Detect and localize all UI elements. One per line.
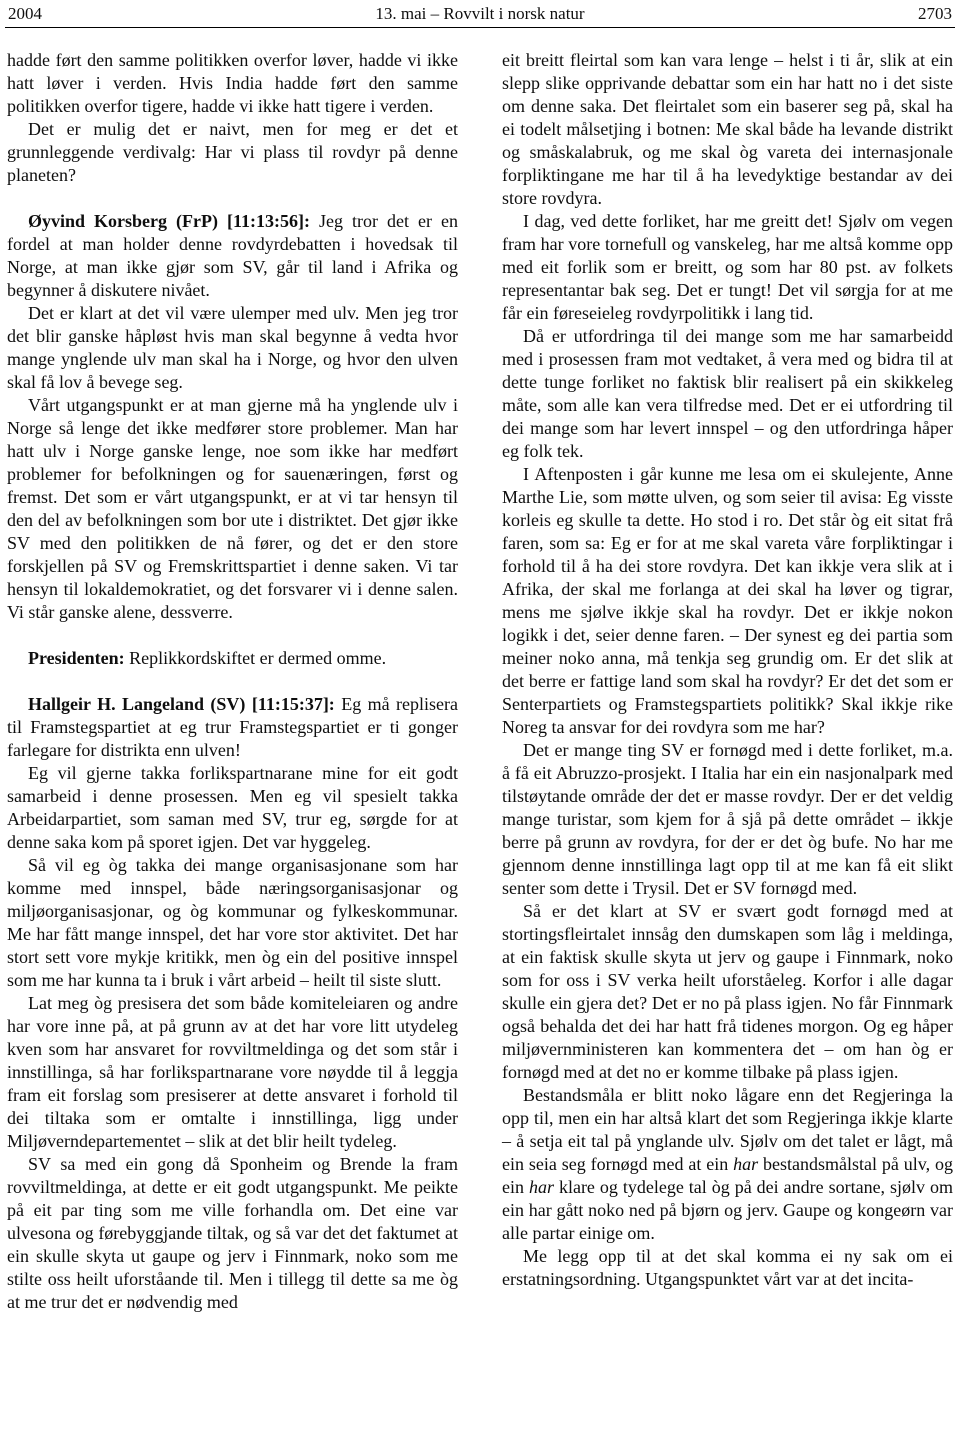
- text-segment: Så vil eg òg takka dei mange organisasjo…: [7, 855, 458, 990]
- paragraph: Det er mulig det er naivt, men for meg e…: [7, 118, 458, 187]
- speaker-label: Hallgeir H. Langeland (SV) [11:15:37]:: [28, 694, 335, 714]
- paragraph: Så vil eg òg takka dei mange organisasjo…: [7, 854, 458, 992]
- text-segment: eit breitt fleirtal som kan vara lenge –…: [502, 50, 953, 208]
- paragraph: Presidenten: Replikkordskiftet er dermed…: [7, 647, 458, 670]
- paragraph: Vårt utgangspunkt er at man gjerne må ha…: [7, 394, 458, 624]
- debate-transcript-page: 2004 13. mai – Rovvilt i norsk natur 270…: [0, 0, 960, 1432]
- speaker-label: Øyvind Korsberg (FrP) [11:13:56]:: [28, 211, 310, 231]
- paragraph: Så er det klart at SV er svært godt forn…: [502, 900, 953, 1084]
- text-segment: Då er utfordringa til dei mange som me h…: [502, 326, 953, 461]
- text-segment: Det er klart at det vil være ulemper med…: [7, 303, 458, 392]
- text-segment: Det er mange ting SV er fornøgd med i de…: [502, 740, 953, 898]
- text-segment: klare og tydelege tal òg på dei andre so…: [502, 1177, 953, 1243]
- header-title: 13. mai – Rovvilt i norsk natur: [148, 4, 812, 24]
- text-segment: SV sa med ein gong då Sponheim og Brende…: [7, 1154, 458, 1312]
- paragraph: Eg vil gjerne takka forlikspartnarane mi…: [7, 762, 458, 854]
- text-segment: Lat meg òg presisera det som både komite…: [7, 993, 458, 1151]
- paragraph: I Aftenposten i går kunne me lesa om ei …: [502, 463, 953, 739]
- text-segment: I dag, ved dette forliket, har me greitt…: [502, 211, 953, 323]
- right-column: eit breitt fleirtal som kan vara lenge –…: [502, 49, 953, 1314]
- text-columns: hadde ført den samme politikken overfor …: [7, 28, 953, 1314]
- text-segment: har: [733, 1154, 758, 1174]
- header-column-number: 2703: [812, 4, 952, 24]
- paragraph: SV sa med ein gong då Sponheim og Brende…: [7, 1153, 458, 1314]
- text-segment: Eg vil gjerne takka forlikspartnarane mi…: [7, 763, 458, 852]
- paragraph: Då er utfordringa til dei mange som me h…: [502, 325, 953, 463]
- text-segment: hadde ført den samme politikken overfor …: [7, 50, 458, 116]
- header-year: 2004: [8, 4, 148, 24]
- paragraph: hadde ført den samme politikken overfor …: [7, 49, 458, 118]
- text-segment: Så er det klart at SV er svært godt forn…: [502, 901, 953, 1082]
- speaker-label: Presidenten:: [28, 648, 125, 668]
- text-segment: Vårt utgangspunkt er at man gjerne må ha…: [7, 395, 458, 622]
- text-segment: I Aftenposten i går kunne me lesa om ei …: [502, 464, 953, 737]
- paragraph: Øyvind Korsberg (FrP) [11:13:56]: Jeg tr…: [7, 210, 458, 302]
- paragraph: Det er klart at det vil være ulemper med…: [7, 302, 458, 394]
- paragraph: Lat meg òg presisera det som både komite…: [7, 992, 458, 1153]
- paragraph: Hallgeir H. Langeland (SV) [11:15:37]: E…: [7, 693, 458, 762]
- text-segment: Me legg opp til at det skal komma ei ny …: [502, 1246, 953, 1289]
- paragraph: I dag, ved dette forliket, har me greitt…: [502, 210, 953, 325]
- text-segment: Replikkordskiftet er dermed omme.: [125, 648, 386, 668]
- paragraph: Det er mange ting SV er fornøgd med i de…: [502, 739, 953, 900]
- paragraph: Bestandsmåla er blitt noko lågare enn de…: [502, 1084, 953, 1245]
- paragraph: eit breitt fleirtal som kan vara lenge –…: [502, 49, 953, 210]
- paragraph: Me legg opp til at det skal komma ei ny …: [502, 1245, 953, 1291]
- text-segment: har: [529, 1177, 554, 1197]
- page-header: 2004 13. mai – Rovvilt i norsk natur 270…: [7, 3, 953, 26]
- text-segment: Det er mulig det er naivt, men for meg e…: [7, 119, 458, 185]
- left-column: hadde ført den samme politikken overfor …: [7, 49, 458, 1314]
